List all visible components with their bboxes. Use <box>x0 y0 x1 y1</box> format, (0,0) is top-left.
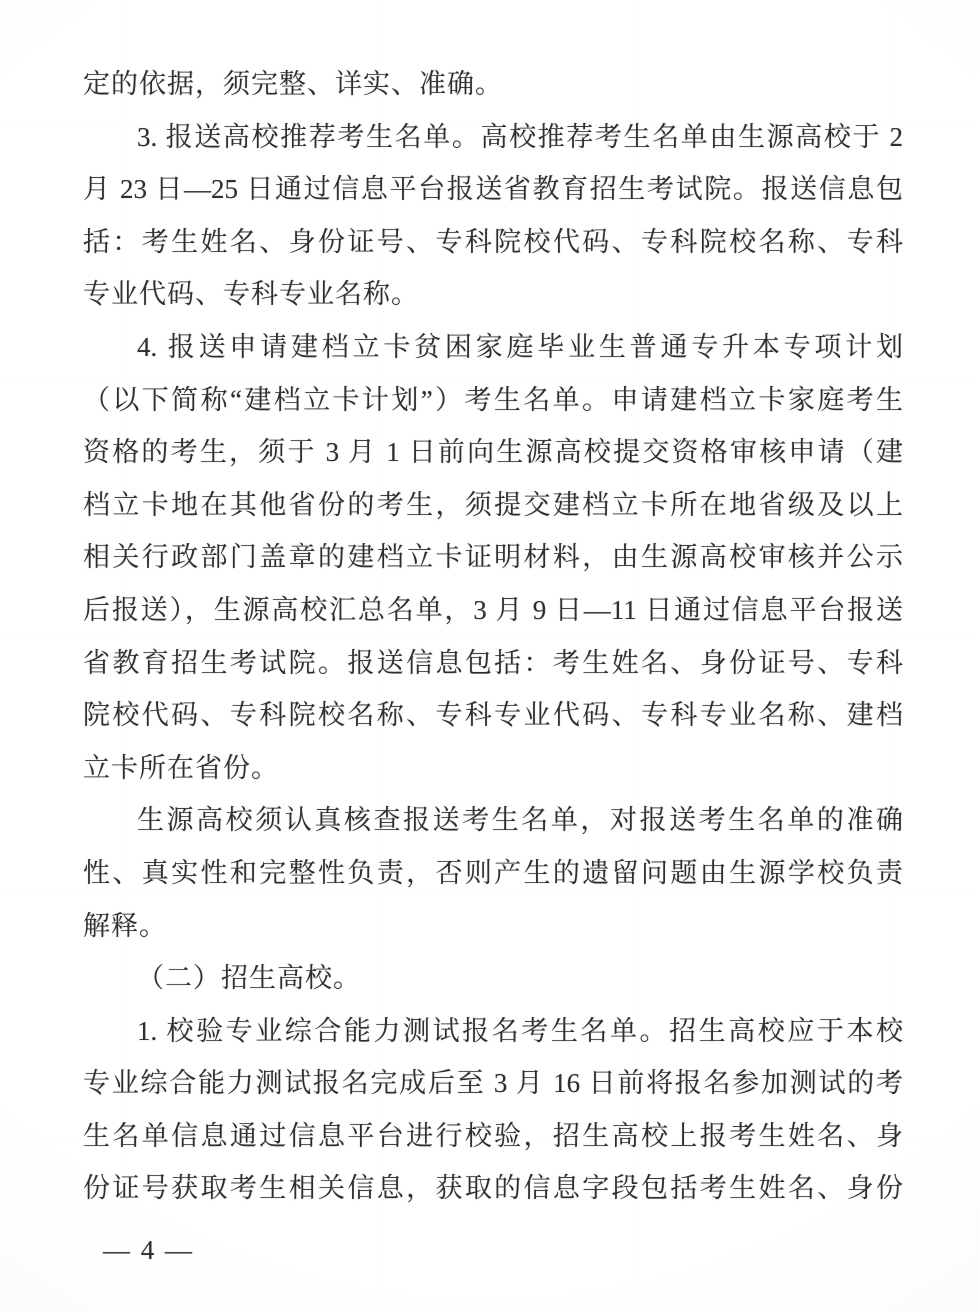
text-line-2: 3. 报送高校推荐考生名单。高校推荐考生名单由生源高校于 2 <box>83 111 903 164</box>
text-line-8: 资格的考生，须于 3 月 1 日前向生源高校提交资格审核申请（建 <box>83 426 903 479</box>
text-line-9: 档立卡地在其他省份的考生，须提交建档立卡所在地省级及以上 <box>83 479 903 532</box>
text-line-19: 1. 校验专业综合能力测试报名考生名单。招生高校应于本校 <box>83 1005 903 1058</box>
text-line-11: 后报送），生源高校汇总名单，3 月 9 日—11 日通过信息平台报送 <box>83 584 903 637</box>
text-line-13: 院校代码、专科院校名称、专科专业代码、专科专业名称、建档 <box>83 689 903 742</box>
document-body: 定的依据，须完整、详实、准确。 3. 报送高校推荐考生名单。高校推荐考生名单由生… <box>83 58 903 1215</box>
text-line-17: 解释。 <box>83 900 903 953</box>
text-line-22: 份证号获取考生相关信息，获取的信息字段包括考生姓名、身份 <box>83 1162 903 1215</box>
text-line-20: 专业综合能力测试报名完成后至 3 月 16 日前将报名参加测试的考 <box>83 1057 903 1110</box>
text-line-4: 括：考生姓名、身份证号、专科院校代码、专科院校名称、专科 <box>83 216 903 269</box>
text-line-15: 生源高校须认真核查报送考生名单，对报送考生名单的准确 <box>83 794 903 847</box>
text-line-14: 立卡所在省份。 <box>83 742 903 795</box>
text-line-18: （二）招生高校。 <box>83 952 903 1005</box>
page-number: — 4 — <box>103 1232 194 1268</box>
text-line-5: 专业代码、专科专业名称。 <box>83 268 903 321</box>
text-line-6: 4. 报送申请建档立卡贫困家庭毕业生普通专升本专项计划 <box>83 321 903 374</box>
text-line-16: 性、真实性和完整性负责，否则产生的遗留问题由生源学校负责 <box>83 847 903 900</box>
text-line-21: 生名单信息通过信息平台进行校验，招生高校上报考生姓名、身 <box>83 1110 903 1163</box>
text-line-3: 月 23 日—25 日通过信息平台报送省教育招生考试院。报送信息包 <box>83 163 903 216</box>
text-line-1: 定的依据，须完整、详实、准确。 <box>83 58 903 111</box>
text-line-10: 相关行政部门盖章的建档立卡证明材料，由生源高校审核并公示 <box>83 531 903 584</box>
text-line-12: 省教育招生考试院。报送信息包括：考生姓名、身份证号、专科 <box>83 637 903 690</box>
document-page: 定的依据，须完整、详实、准确。 3. 报送高校推荐考生名单。高校推荐考生名单由生… <box>0 0 979 1312</box>
text-line-7: （以下简称“建档立卡计划”）考生名单。申请建档立卡家庭考生 <box>83 374 903 427</box>
